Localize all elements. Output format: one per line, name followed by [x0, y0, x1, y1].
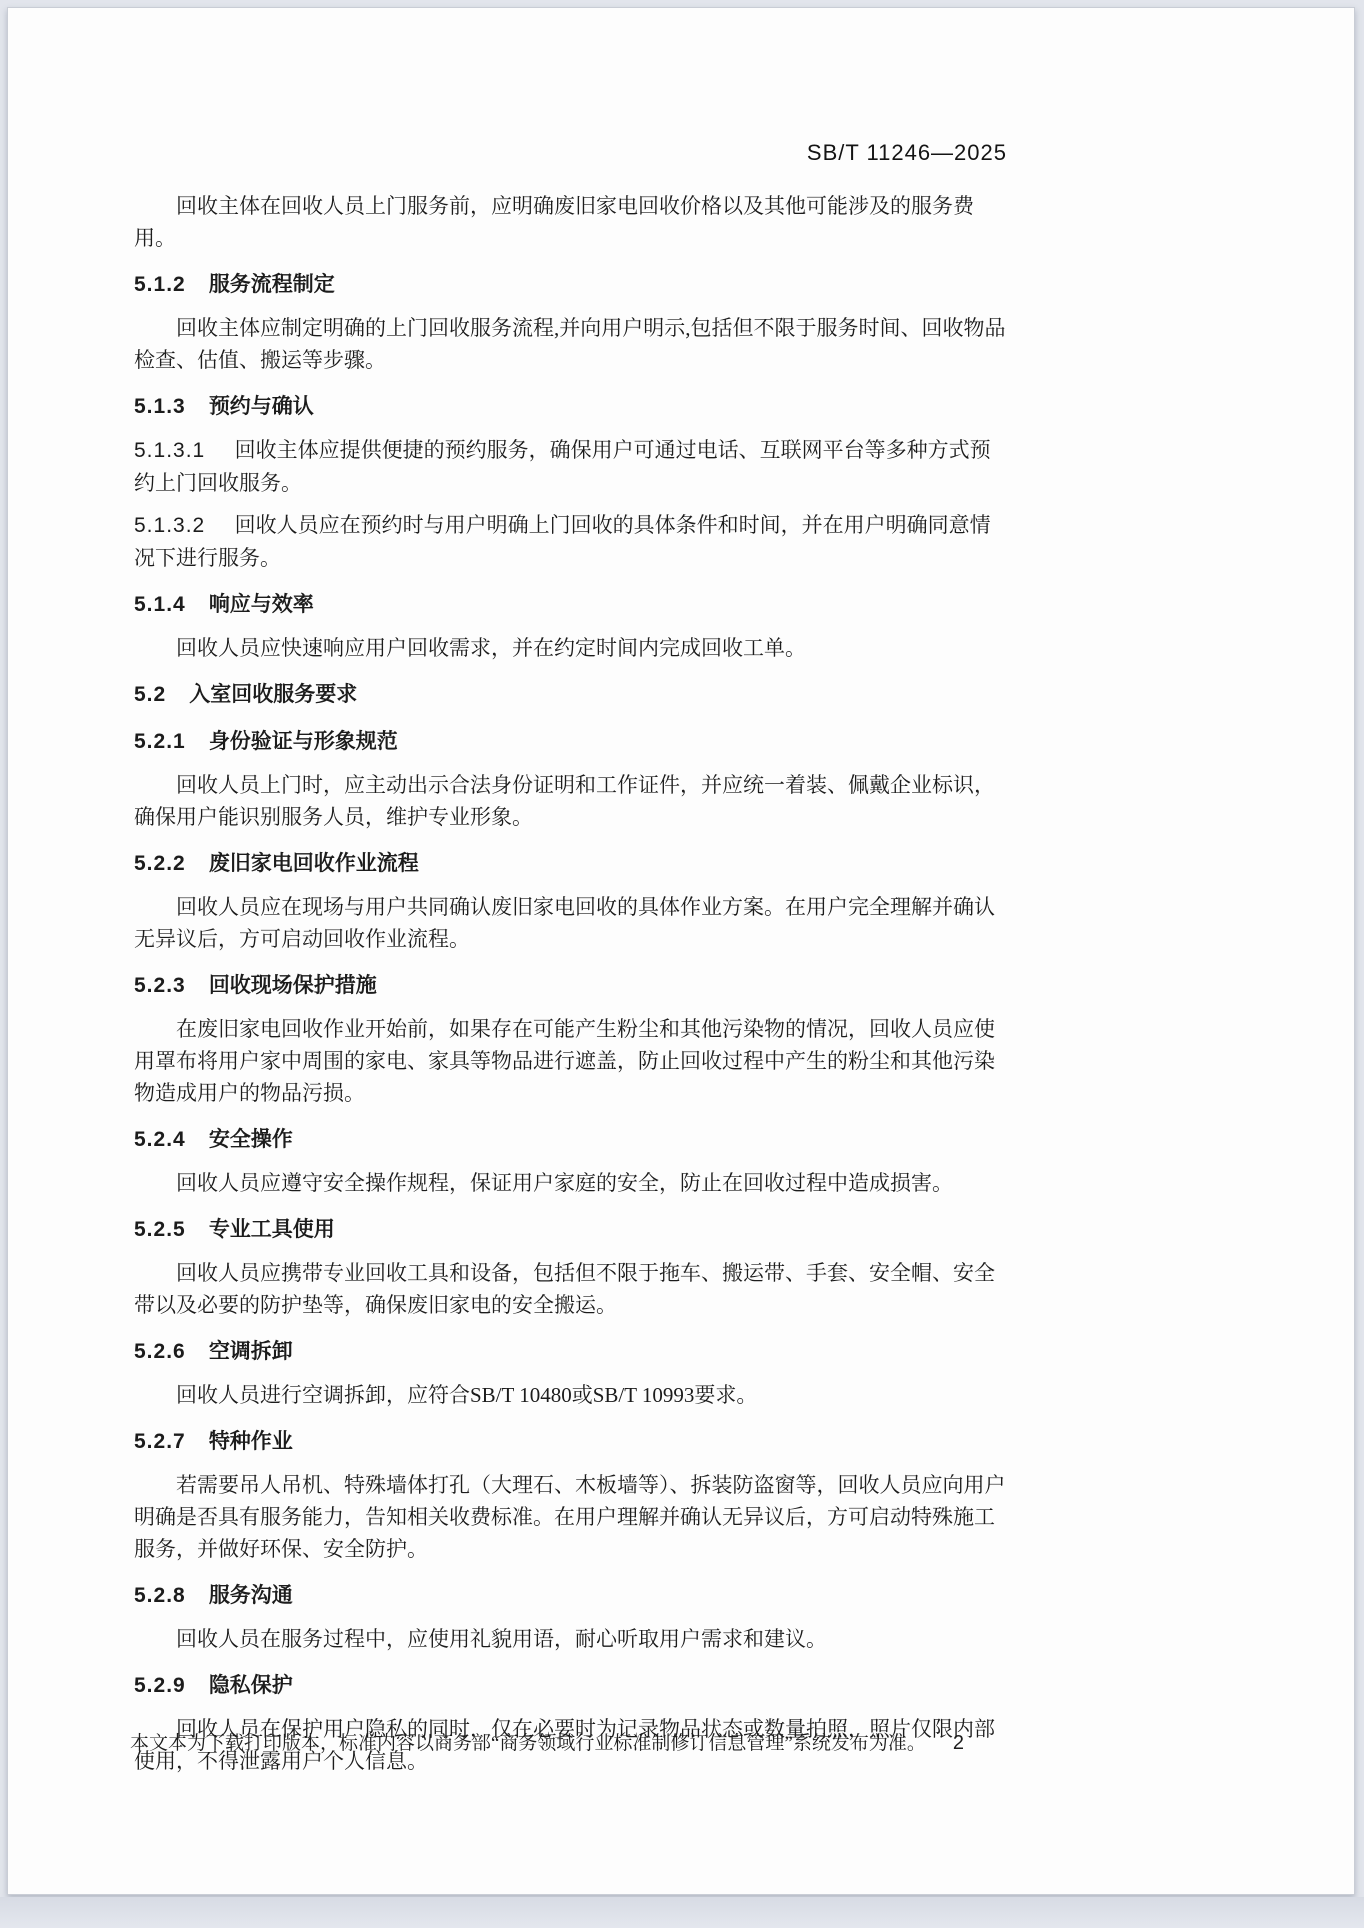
clause-number: 5.1.3.2: [134, 514, 205, 537]
section-heading: 5.2.5专业工具使用: [134, 1214, 1010, 1246]
clause-text: 回收人员进行空调拆卸，应符合SB/T 10480或SB/T 10993要求。: [176, 1383, 757, 1407]
paragraph: 回收人员应在现场与用户共同确认废旧家电回收的具体作业方案。在用户完全理解并确认无…: [134, 891, 1010, 955]
paragraph: 回收人员进行空调拆卸，应符合SB/T 10480或SB/T 10993要求。: [134, 1379, 1010, 1411]
section-heading: 5.2.7特种作业: [134, 1426, 1010, 1458]
clause-title: 特种作业: [209, 1430, 293, 1453]
viewer-canvas: { "colors": { "page_background": "#fdfdf…: [0, 0, 1364, 1928]
page-footer: 本文本为下载打印版本，标准内容以商务部“商务领域行业标准制修订信息管理”系统发布…: [130, 1730, 1014, 1757]
clause-title: 服务流程制定: [209, 273, 335, 296]
paragraph: 回收人员应携带专业回收工具和设备，包括但不限于拖车、搬运带、手套、安全帽、安全带…: [134, 1257, 1010, 1321]
viewer-background-strip: [0, 1897, 1364, 1928]
paragraph: 在废旧家电回收作业开始前，如果存在可能产生粉尘和其他污染物的情况，回收人员应使用…: [134, 1013, 1010, 1109]
clause-title: 隐私保护: [209, 1674, 293, 1697]
clause-number: 5.1.3.1: [134, 439, 205, 462]
clause-text: 回收人员在服务过程中，应使用礼貌用语，耐心听取用户需求和建议。: [176, 1627, 827, 1651]
document-page: SB/T 11246—2025 回收主体在回收人员上门服务前，应明确废旧家电回收…: [7, 7, 1355, 1895]
clause-number: 5.1.2: [134, 273, 186, 296]
clause-number: 5.2.9: [134, 1674, 186, 1697]
clause-title: 废旧家电回收作业流程: [209, 852, 419, 875]
clause-number: 5.2.4: [134, 1128, 186, 1151]
clause-title: 服务沟通: [209, 1584, 293, 1607]
clause-number: 5.2: [134, 683, 166, 706]
clause-title: 回收现场保护措施: [209, 974, 377, 997]
clause-number: 5.2.6: [134, 1340, 186, 1363]
clause-text: 回收主体在回收人员上门服务前，应明确废旧家电回收价格以及其他可能涉及的服务费用。: [134, 194, 974, 250]
paragraph: 若需要吊人吊机、特殊墙体打孔（大理石、木板墙等）、拆装防盗窗等，回收人员应向用户…: [134, 1469, 1010, 1565]
page-number: 2: [953, 1730, 964, 1756]
clause-title: 入室回收服务要求: [189, 683, 357, 706]
clause-number: 5.2.5: [134, 1218, 186, 1241]
footer-note: 本文本为下载打印版本，标准内容以商务部“商务领域行业标准制修订信息管理”系统发布…: [130, 1731, 926, 1757]
clause-text: 回收人员应遵守安全操作规程，保证用户家庭的安全，防止在回收过程中造成损害。: [176, 1171, 953, 1195]
numbered-paragraph: 5.1.3.1回收主体应提供便捷的预约服务，确保用户可通过电话、互联网平台等多种…: [134, 434, 1010, 499]
clause-number: 5.2.2: [134, 852, 186, 875]
clause-number: 5.1.3: [134, 395, 186, 418]
section-heading: 5.2.2废旧家电回收作业流程: [134, 848, 1010, 880]
clause-text: 回收人员应快速响应用户回收需求，并在约定时间内完成回收工单。: [176, 636, 806, 660]
clause-text: 回收人员应在现场与用户共同确认废旧家电回收的具体作业方案。在用户完全理解并确认无…: [134, 895, 995, 951]
clause-text: 回收主体应提供便捷的预约服务，确保用户可通过电话、互联网平台等多种方式预约上门回…: [134, 438, 991, 495]
clause-text: 回收人员上门时，应主动出示合法身份证明和工作证件，并应统一着装、佩戴企业标识，确…: [134, 773, 995, 829]
section-heading: 5.2.3回收现场保护措施: [134, 970, 1010, 1002]
section-heading: 5.1.4响应与效率: [134, 589, 1010, 621]
paragraph: 回收人员应快速响应用户回收需求，并在约定时间内完成回收工单。: [134, 632, 1010, 664]
clause-number: 5.2.3: [134, 974, 186, 997]
section-heading: 5.2.6空调拆卸: [134, 1336, 1010, 1368]
clause-text: 回收人员应携带专业回收工具和设备，包括但不限于拖车、搬运带、手套、安全帽、安全带…: [134, 1261, 995, 1317]
section-heading: 5.1.2服务流程制定: [134, 269, 1010, 301]
section-heading: 5.2.8服务沟通: [134, 1580, 1010, 1612]
paragraph: 回收人员在服务过程中，应使用礼貌用语，耐心听取用户需求和建议。: [134, 1623, 1010, 1655]
clause-number: 5.2.8: [134, 1584, 186, 1607]
section-heading: 5.2.1身份验证与形象规范: [134, 726, 1010, 758]
section-heading: 5.2入室回收服务要求: [134, 679, 1010, 711]
clause-text: 回收主体应制定明确的上门回收服务流程,并向用户明示,包括但不限于服务时间、回收物…: [134, 316, 1006, 372]
clause-text: 在废旧家电回收作业开始前，如果存在可能产生粉尘和其他污染物的情况，回收人员应使用…: [134, 1017, 995, 1105]
document-body: 回收主体在回收人员上门服务前，应明确废旧家电回收价格以及其他可能涉及的服务费用。…: [134, 180, 1010, 1787]
clause-text: 回收人员应在预约时与用户明确上门回收的具体条件和时间，并在用户明确同意情况下进行…: [134, 513, 991, 570]
clause-title: 空调拆卸: [209, 1340, 293, 1363]
clause-text: 若需要吊人吊机、特殊墙体打孔（大理石、木板墙等）、拆装防盗窗等，回收人员应向用户…: [134, 1473, 1006, 1561]
paragraph: 回收人员上门时，应主动出示合法身份证明和工作证件，并应统一着装、佩戴企业标识，确…: [134, 769, 1010, 833]
numbered-paragraph: 5.1.3.2回收人员应在预约时与用户明确上门回收的具体条件和时间，并在用户明确…: [134, 509, 1010, 574]
clause-number: 5.2.7: [134, 1430, 186, 1453]
paragraph: 回收主体应制定明确的上门回收服务流程,并向用户明示,包括但不限于服务时间、回收物…: [134, 312, 1010, 376]
standard-number-header: SB/T 11246—2025: [134, 140, 1007, 166]
clause-title: 身份验证与形象规范: [209, 730, 398, 753]
section-heading: 5.2.9隐私保护: [134, 1670, 1010, 1702]
clause-number: 5.1.4: [134, 593, 186, 616]
paragraph: 回收人员应遵守安全操作规程，保证用户家庭的安全，防止在回收过程中造成损害。: [134, 1167, 1010, 1199]
section-heading: 5.2.4安全操作: [134, 1124, 1010, 1156]
clause-title: 响应与效率: [209, 593, 314, 616]
section-heading: 5.1.3预约与确认: [134, 391, 1010, 423]
clause-title: 安全操作: [209, 1128, 293, 1151]
paragraph: 回收主体在回收人员上门服务前，应明确废旧家电回收价格以及其他可能涉及的服务费用。: [134, 190, 1010, 254]
clause-title: 预约与确认: [209, 395, 314, 418]
clause-title: 专业工具使用: [209, 1218, 335, 1241]
clause-number: 5.2.1: [134, 730, 186, 753]
